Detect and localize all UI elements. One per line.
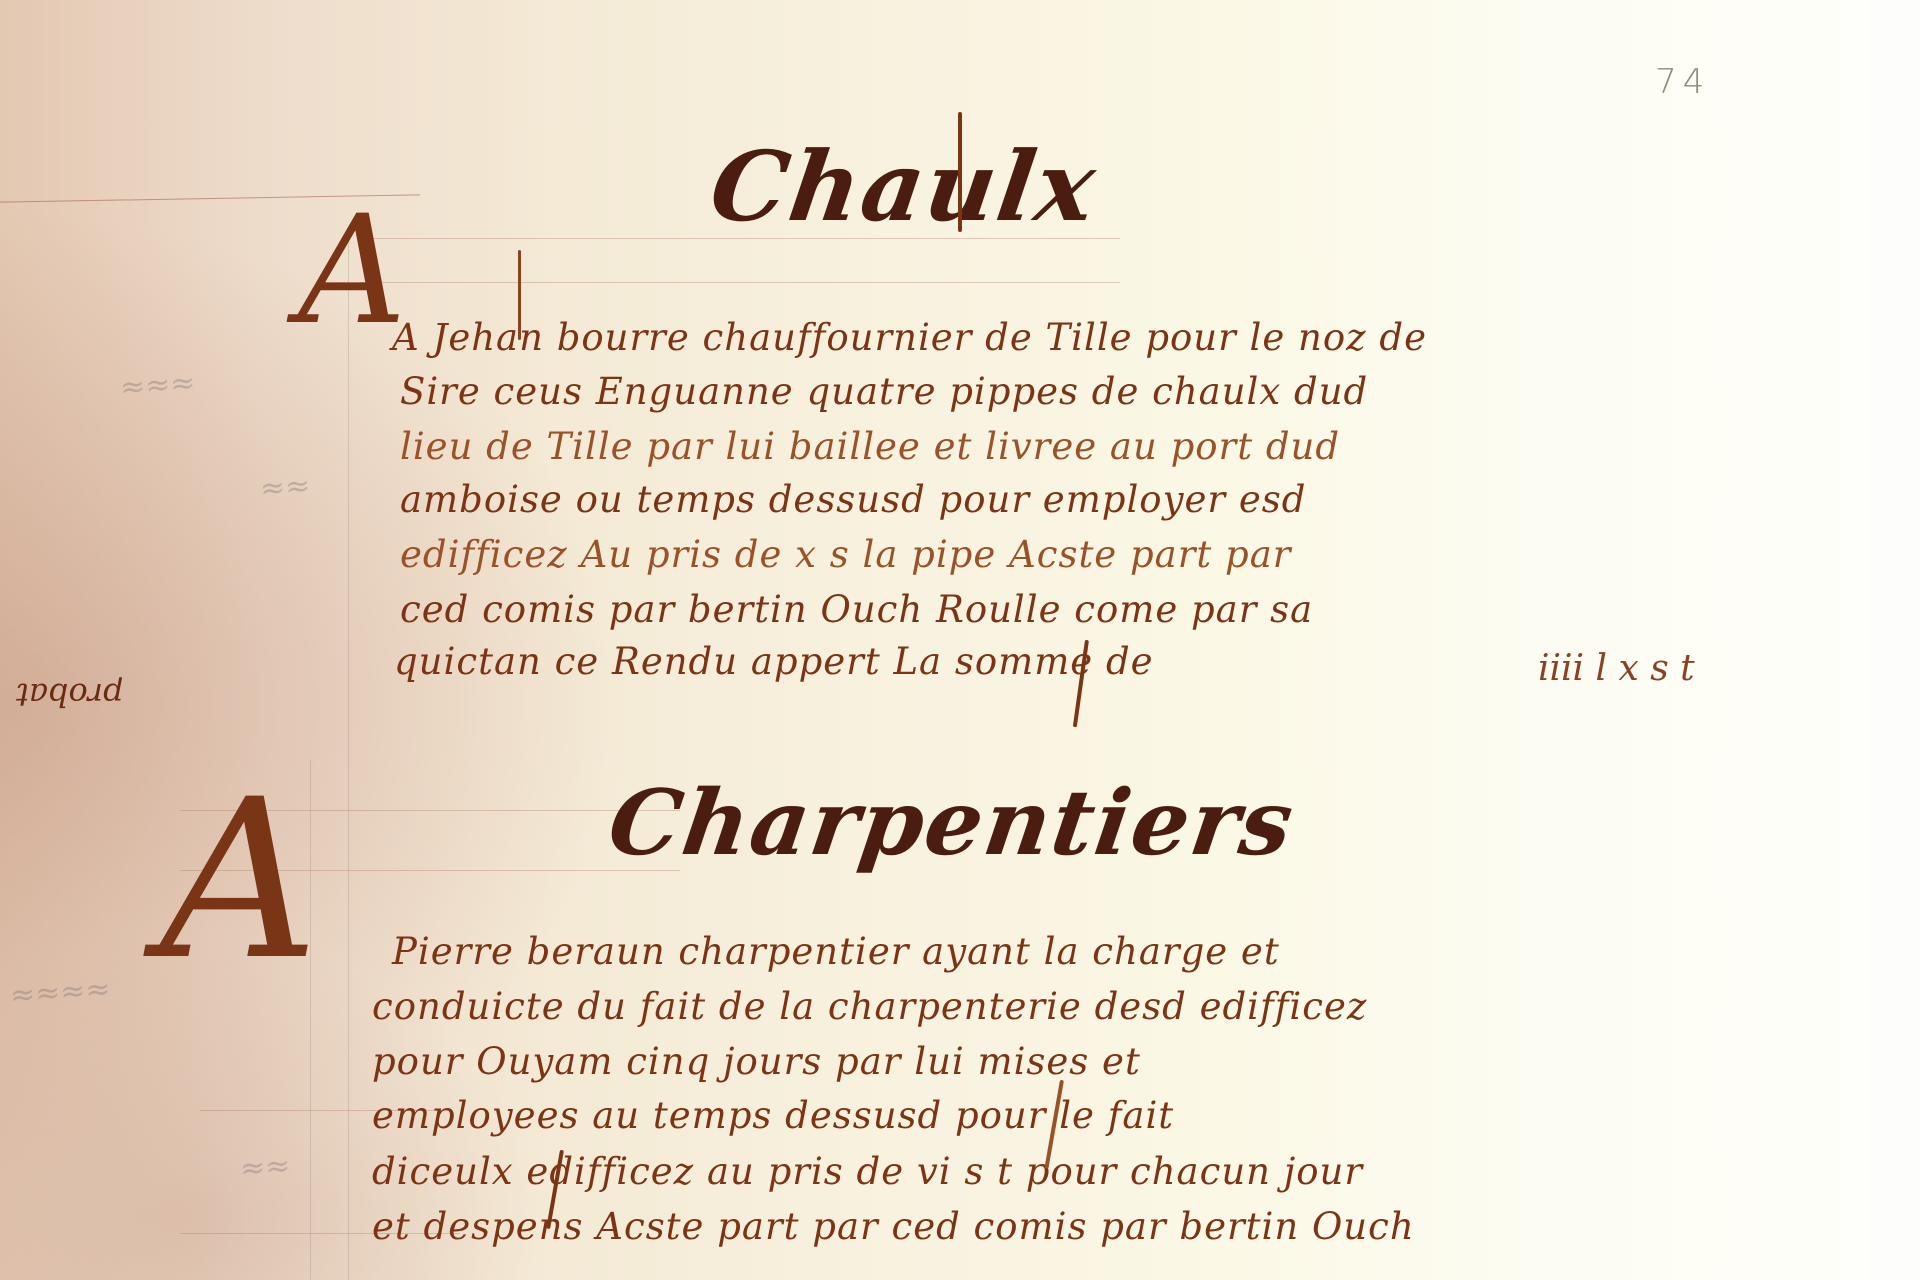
text-line: pour Ouyam cinq jours par lui mises et	[372, 1040, 1141, 1083]
folio-number: 74	[1655, 62, 1710, 102]
section-heading-chaulx: Chaulx	[704, 130, 1104, 243]
decorated-initial: A	[160, 770, 319, 990]
text-line: ced comis par bertin Ouch Roulle come pa…	[400, 588, 1313, 631]
text-line: quictan ce Rendu appert La somme de	[394, 640, 1154, 683]
marginal-note: probat	[16, 676, 123, 714]
ghost-marginalia: ≈≈	[259, 468, 312, 506]
text-line: edifficez Au pris de x s la pipe Acste p…	[400, 533, 1291, 576]
ruling-margin	[348, 230, 349, 1280]
sum-amount: iiii l x s t	[1538, 648, 1695, 689]
ascender-flourish	[958, 112, 962, 232]
text-line: amboise ou temps dessusd pour employer e…	[400, 478, 1306, 521]
section-heading-charpentiers: Charpentiers	[603, 770, 1301, 876]
ghost-marginalia: ≈≈≈	[119, 365, 197, 405]
text-line: conduicte du fait de la charpenterie des…	[372, 985, 1367, 1028]
text-line: diceulx edifficez au pris de vi s t pour…	[372, 1150, 1363, 1193]
text-line: Sire ceus Enguanne quatre pippes de chau…	[400, 370, 1368, 413]
text-line: Pierre beraun charpentier ayant la charg…	[392, 930, 1280, 973]
manuscript-leaf: ≈≈≈ ≈≈ ≈≈≈≈ ≈≈ 74 Chaulx A A Jehan bourr…	[0, 0, 1868, 1280]
ghost-marginalia: ≈≈≈≈	[9, 972, 112, 1014]
ghost-marginalia: ≈≈	[239, 1148, 292, 1186]
ruling-line	[360, 282, 1120, 283]
text-line: et despens Acste part par ced comis par …	[372, 1205, 1415, 1248]
text-line: A Jehan bourre chauffournier de Tille po…	[392, 316, 1427, 359]
decorated-initial: A	[298, 196, 406, 346]
text-line: lieu de Tille par lui baillee et livree …	[400, 425, 1340, 468]
